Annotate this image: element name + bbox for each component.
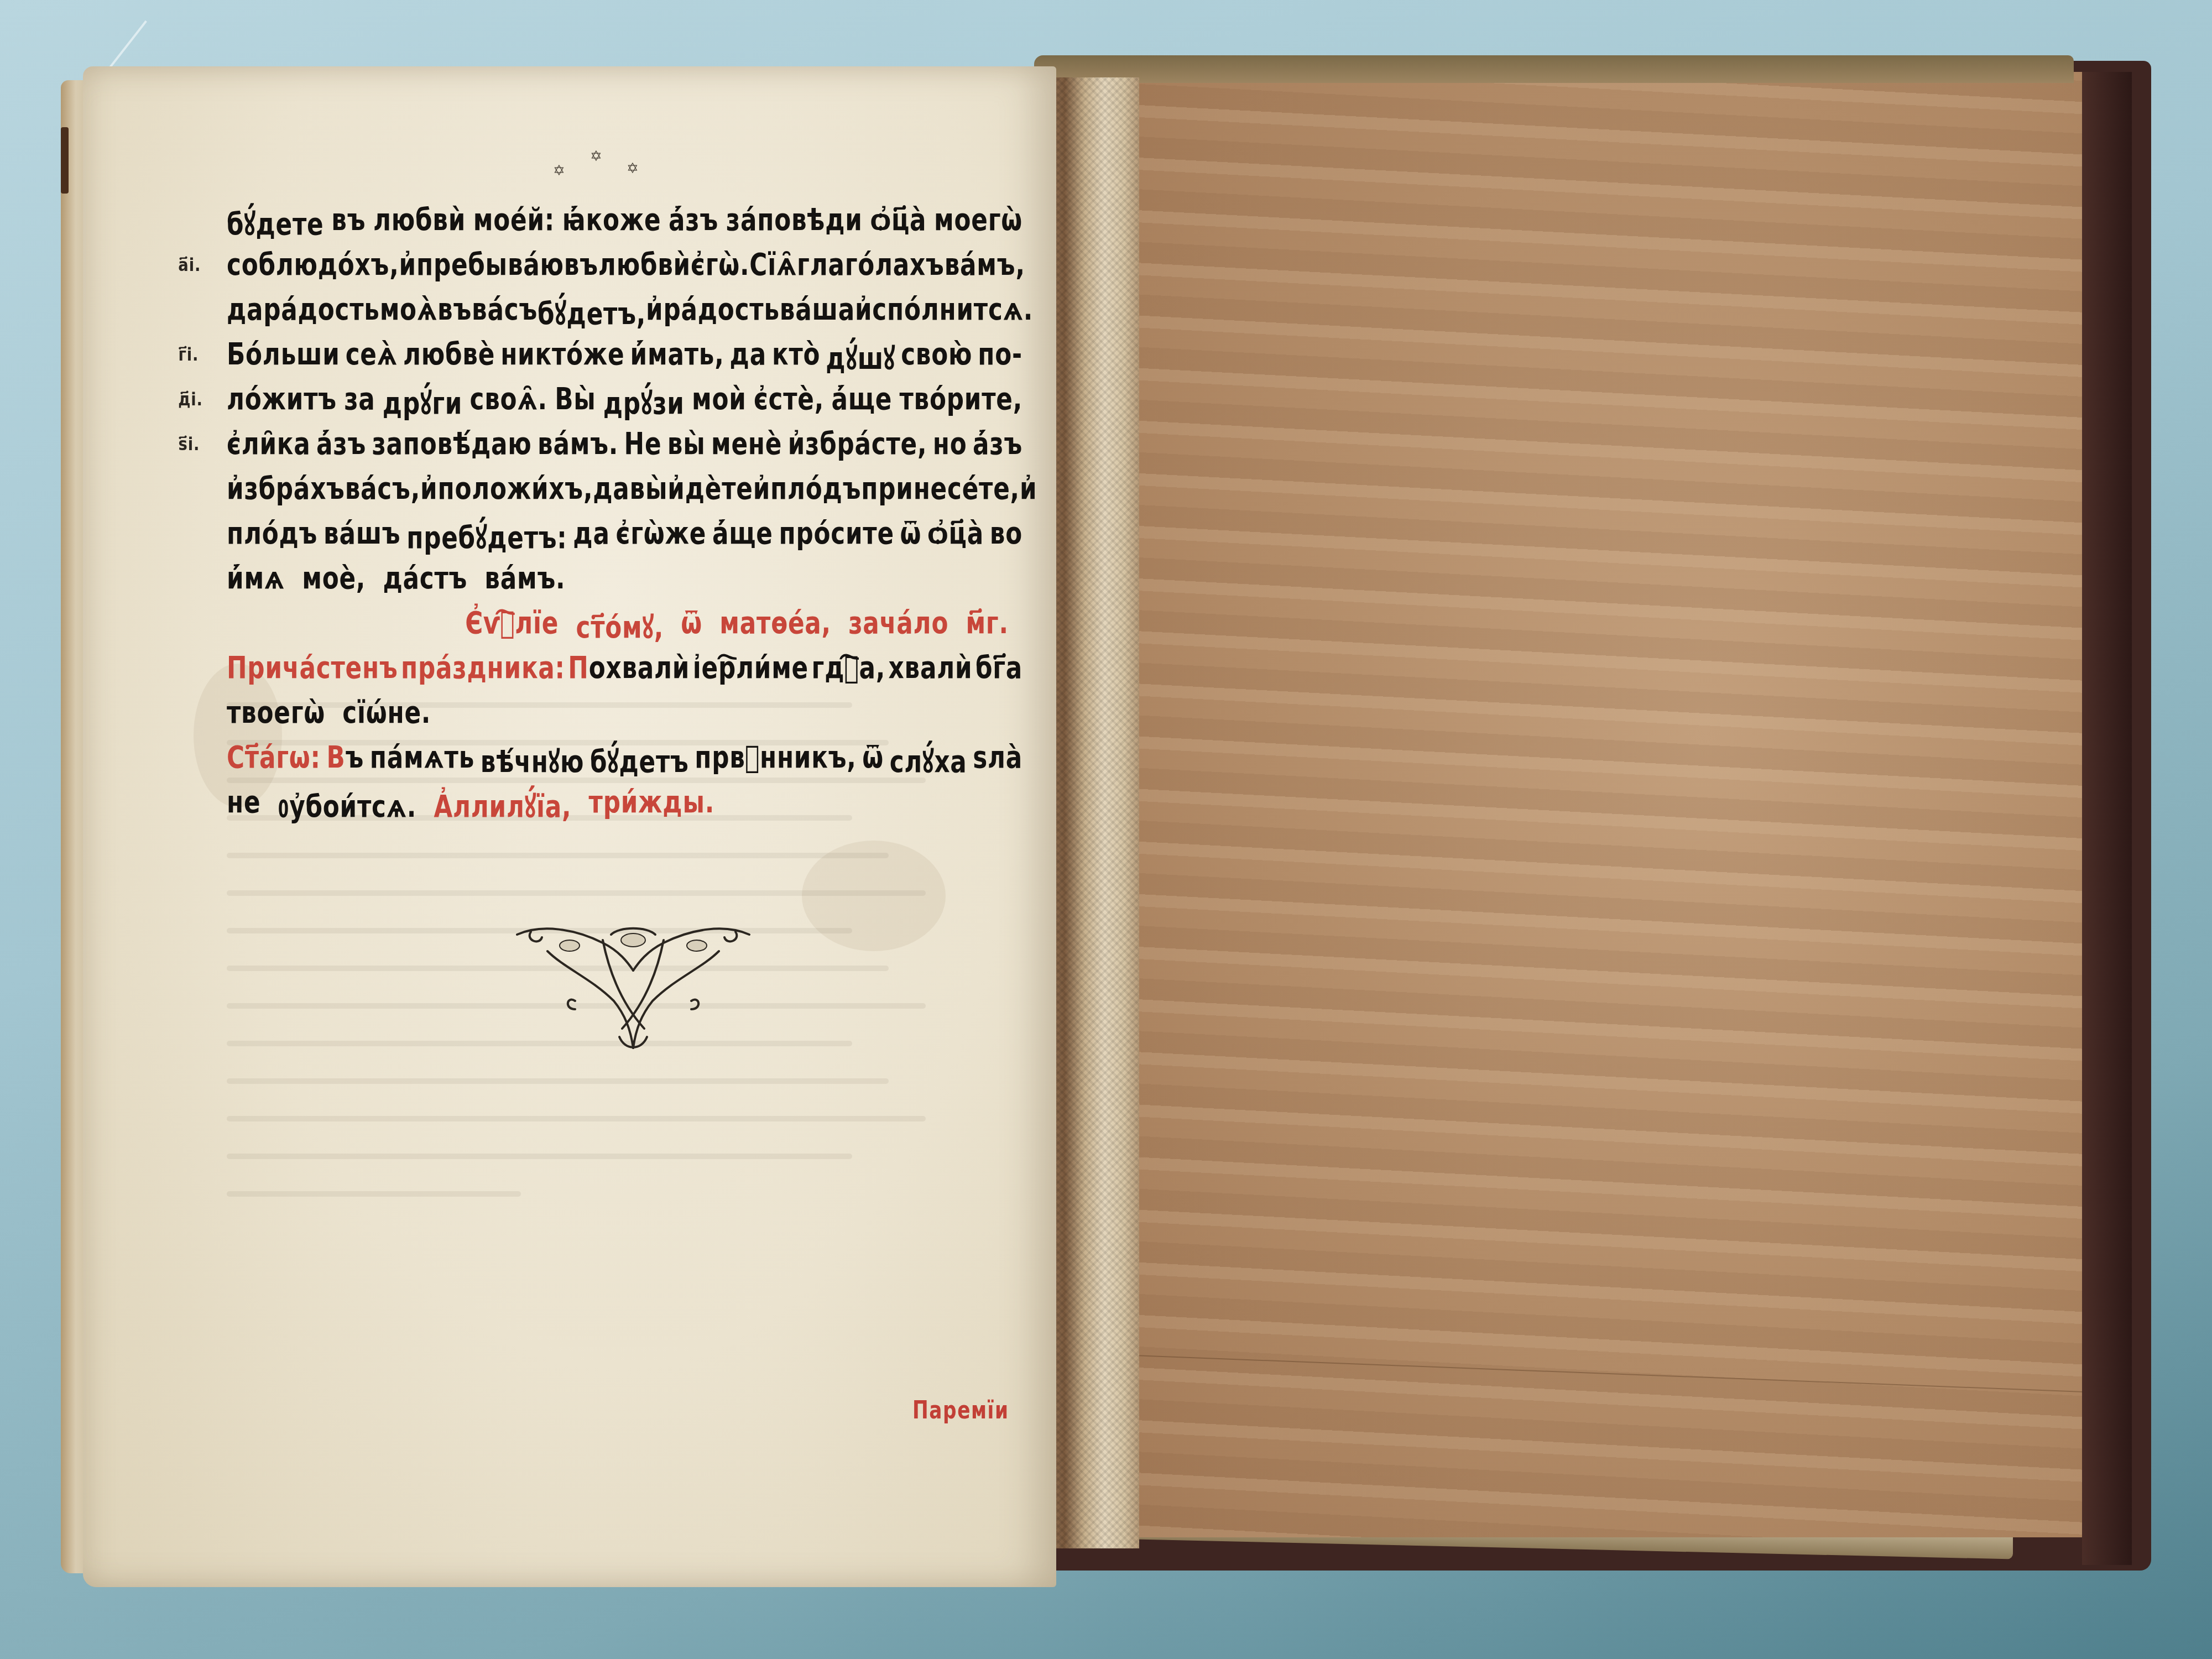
word: бꙋ́детъ, bbox=[538, 291, 646, 336]
text-line: бꙋ́детевълюбвѝмоéй:ꙗ҆́кожеа҆́зъза́повѣди… bbox=[227, 202, 1022, 247]
word: менѐ bbox=[711, 426, 782, 471]
verse-number: д҃і. bbox=[178, 389, 203, 410]
word: а҆́зъ bbox=[669, 202, 718, 247]
word: є҆гѡ̀же bbox=[615, 515, 706, 560]
word: і҆ер҇ли́ме bbox=[693, 650, 808, 695]
word: ѿ bbox=[900, 515, 922, 560]
word: дрꙋ́ги bbox=[383, 381, 462, 426]
word: ло́житъ bbox=[227, 381, 337, 426]
text-line: Ст҃а́гѡ:Въпа́мѧтьвѣ́чнꙋюбꙋ́детъпрвⷣнникъ… bbox=[227, 739, 1022, 784]
word: про́сите bbox=[779, 515, 894, 560]
word: вы̀ bbox=[667, 426, 706, 471]
word: є҆стѐ, bbox=[754, 381, 824, 426]
catchword: Паремїи bbox=[912, 1396, 1009, 1425]
word: любвѝ bbox=[373, 202, 466, 247]
word: и҆спо́лнитсѧ. bbox=[855, 291, 1033, 336]
word: слꙋ́ха bbox=[890, 739, 967, 784]
word: бꙋ́детъ bbox=[590, 739, 689, 784]
word: ва́мъ. bbox=[484, 560, 565, 605]
word: въ bbox=[331, 202, 366, 247]
word: три́жды. bbox=[589, 784, 714, 829]
word: пра́здника: bbox=[401, 650, 565, 695]
word: ѿ bbox=[681, 605, 702, 650]
word: бг҃а bbox=[975, 650, 1022, 695]
word: є҆гѡ̀. bbox=[691, 247, 749, 291]
left-page: ✡ ✡ ✡ бꙋ́детевълюбвѝмоéй:ꙗ҆́кожеа҆́зъза́… bbox=[83, 66, 1056, 1587]
word: ᲂу҆бои́тсѧ. bbox=[278, 784, 417, 829]
word: ва́мъ, bbox=[945, 247, 1025, 291]
word: моéй: bbox=[473, 202, 555, 247]
word: за bbox=[344, 381, 375, 426]
word: моѐ, bbox=[302, 560, 366, 605]
word: и҆ bbox=[420, 471, 437, 515]
word: Ст҃а́гѡ: bbox=[227, 739, 321, 784]
word: никто́же bbox=[500, 336, 624, 381]
star-icon: ✡ bbox=[627, 161, 639, 176]
text-line: ѕ҃і.є҆ли̑каа҆́зъзаповѣ́даюва́мъ.Невы̀мен… bbox=[227, 426, 1022, 471]
word: а҆́ще bbox=[831, 381, 892, 426]
text-line: а҃і.соблюдо́хъ,и҆пребыва́ювълюбвѝє҆гѡ̀.С… bbox=[227, 247, 1022, 291]
word: соблюдо́хъ, bbox=[227, 247, 399, 291]
word: ва́мъ. bbox=[538, 426, 618, 471]
word: гдⷭ҇а, bbox=[812, 650, 886, 695]
star-icon: ✡ bbox=[553, 164, 565, 178]
bleed-line bbox=[227, 1078, 889, 1084]
word: сїѡ́не. bbox=[342, 695, 431, 739]
word: Прича́стенъ bbox=[227, 650, 398, 695]
word: любвѐ bbox=[403, 336, 495, 381]
left-page-block: ✡ ✡ ✡ бꙋ́детевълюбвѝмоéй:ꙗ҆́кожеа҆́зъза́… bbox=[61, 66, 1056, 1598]
word: да́стъ bbox=[383, 560, 467, 605]
word: любвѝ bbox=[598, 247, 691, 291]
word: Похвалѝ bbox=[568, 650, 690, 695]
word: па́мѧть bbox=[370, 739, 474, 784]
text-line: Є҆ѵⷢ҇лїест҃о́мꙋ,ѿматѳе́а,зача́лом҃г. bbox=[339, 605, 1135, 650]
word: ѿ bbox=[862, 739, 884, 784]
word: ꙗ҆́коже bbox=[562, 202, 661, 247]
bleed-line bbox=[227, 1116, 926, 1121]
word: кто̀ bbox=[772, 336, 820, 381]
word: въ bbox=[564, 247, 598, 291]
floral-ornament-icon bbox=[509, 918, 758, 1056]
word: дꙋ́шꙋ bbox=[826, 336, 895, 381]
word: Не bbox=[624, 426, 662, 471]
word: ва́съ bbox=[472, 291, 538, 336]
word: не bbox=[227, 784, 260, 829]
word: да bbox=[593, 471, 629, 515]
header-stars: ✡ ✡ ✡ bbox=[553, 149, 719, 182]
word: да bbox=[227, 291, 263, 336]
word: пребꙋ́детъ: bbox=[406, 515, 567, 560]
text-line: г҃і.Бо́льшисеѧ̀любвѐникто́жеи҆́мать,дакт… bbox=[227, 336, 1022, 381]
text-line: твоегѡ̀сїѡ́не. bbox=[227, 695, 1022, 739]
word: моегѡ̀ bbox=[934, 202, 1022, 247]
word: и҆ bbox=[1020, 471, 1037, 515]
word: ѻ҆ц҃а̀ bbox=[870, 202, 926, 247]
word: пло́дъ bbox=[770, 471, 861, 515]
word: ра́дость bbox=[664, 291, 780, 336]
page-edge-stain bbox=[61, 127, 69, 194]
star-icon: ✡ bbox=[590, 149, 602, 164]
word: а҆́зъ bbox=[316, 426, 366, 471]
verse-number: г҃і. bbox=[179, 344, 199, 365]
word: моѧ̀ bbox=[380, 291, 437, 336]
word: Бо́льши bbox=[227, 336, 340, 381]
word: да bbox=[573, 515, 609, 560]
word: сеѧ̀ bbox=[346, 336, 398, 381]
text-line: и҆́мѧмоѐ,да́стъва́мъ. bbox=[227, 560, 1022, 605]
scripture-text: бꙋ́детевълюбвѝмоéй:ꙗ҆́кожеа҆́зъза́повѣди… bbox=[227, 202, 1023, 829]
word: тво́рите, bbox=[899, 381, 1022, 426]
word: принесе́те, bbox=[861, 471, 1020, 515]
word: м҃г. bbox=[966, 605, 1008, 650]
word: пло́дъ bbox=[227, 515, 317, 560]
text-line: и҆збра́хъва́съ,и҆положи́хъ,давы̀и҆дѐтеи҆… bbox=[227, 471, 1022, 515]
word: и҆ bbox=[399, 247, 416, 291]
word: матѳе́а, bbox=[719, 605, 831, 650]
word: вѣ́чнꙋю bbox=[481, 739, 585, 784]
word: є҆ли̑ка bbox=[227, 426, 311, 471]
word: глаго́лахъ bbox=[797, 247, 945, 291]
word: бꙋ́дете bbox=[227, 202, 324, 247]
bleed-line bbox=[227, 853, 889, 858]
word: твоегѡ̀ bbox=[227, 695, 325, 739]
word: дрꙋ́зи bbox=[603, 381, 685, 426]
word: во bbox=[990, 515, 1022, 560]
word: А҆ллилꙋ́їа, bbox=[434, 784, 571, 829]
word: ва́съ, bbox=[345, 471, 420, 515]
text-line: пло́дъва́шъпребꙋ́детъ:дає҆гѡ̀жеа҆́щепро́… bbox=[227, 515, 1022, 560]
word: и҆ bbox=[753, 471, 770, 515]
word: пребыва́ю bbox=[416, 247, 564, 291]
word: за́повѣди bbox=[726, 202, 863, 247]
word: и҆́мать, bbox=[630, 336, 724, 381]
bleed-line bbox=[227, 1154, 852, 1159]
word: ва́шъ bbox=[324, 515, 400, 560]
word: ра́дость bbox=[263, 291, 379, 336]
word: въ bbox=[437, 291, 472, 336]
verse-number: а҃і. bbox=[178, 254, 201, 275]
word: Є҆ѵⷢ҇лїе bbox=[465, 605, 559, 650]
word: а҆́ще bbox=[712, 515, 773, 560]
word: Сїѧ̑ bbox=[749, 247, 797, 291]
word: а҆́зъ bbox=[973, 426, 1022, 471]
word: зача́ло bbox=[848, 605, 948, 650]
word: своѧ̑. bbox=[469, 381, 547, 426]
word: првⷣнникъ, bbox=[695, 739, 856, 784]
text-line: неᲂу҆бои́тсѧ.А҆ллилꙋ́їа,три́жды. bbox=[227, 784, 1022, 829]
word: и҆ bbox=[646, 291, 663, 336]
verse-number: ѕ҃і. bbox=[178, 434, 200, 455]
word: по- bbox=[978, 336, 1022, 381]
word: но bbox=[933, 426, 967, 471]
text-line: Прича́стенъпра́здника:Похвалѝі҆ер҇ли́мег… bbox=[227, 650, 1022, 695]
bleed-line bbox=[227, 890, 926, 896]
word: и҆дѐте bbox=[667, 471, 753, 515]
word: Вы̀ bbox=[555, 381, 596, 426]
word: и҆збра́сте, bbox=[788, 426, 927, 471]
word: хвалѝ bbox=[889, 650, 973, 695]
word: ст҃о́мꙋ, bbox=[576, 605, 664, 650]
word: свою̀ bbox=[901, 336, 972, 381]
word: Въ bbox=[326, 739, 364, 784]
word: ва́ша bbox=[780, 291, 855, 336]
word: заповѣ́даю bbox=[372, 426, 531, 471]
word: и҆́мѧ bbox=[227, 560, 285, 605]
board-edge bbox=[2082, 72, 2132, 1565]
word: да bbox=[730, 336, 766, 381]
word: положи́хъ, bbox=[437, 471, 593, 515]
headcap bbox=[1034, 55, 2074, 83]
endpaper bbox=[1134, 72, 2085, 1537]
word: моѝ bbox=[692, 381, 747, 426]
word: вы̀ bbox=[630, 471, 668, 515]
bleed-line bbox=[227, 1191, 521, 1197]
text-line: д҃і.ло́житъзадрꙋ́гисвоѧ̑.Вы̀дрꙋ́зимоѝє҆с… bbox=[227, 381, 1022, 426]
word: ѻ҆ц҃а̀ bbox=[927, 515, 984, 560]
word: и҆збра́хъ bbox=[227, 471, 345, 515]
word: ѕла̀ bbox=[973, 739, 1022, 784]
text-line: дара́достьмоѧ̀въва́събꙋ́детъ,и҆ра́достьв… bbox=[227, 291, 1022, 336]
